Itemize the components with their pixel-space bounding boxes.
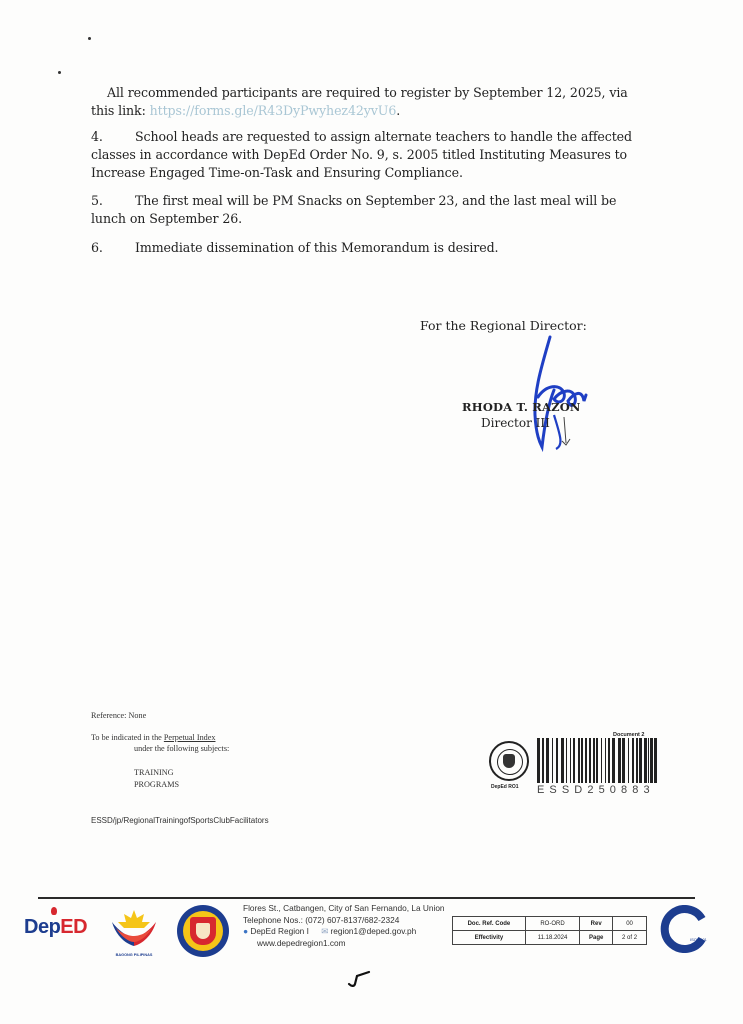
contact-info: Flores St., Catbangen, City of San Ferna…: [243, 903, 455, 949]
social-line: ● DepEd Region I ✉ region1@deped.gov.ph: [243, 926, 455, 938]
registration-paragraph: All recommended participants are require…: [91, 84, 636, 120]
iso-certification-badge: ISO 9001: [660, 905, 708, 953]
bagong-pilipinas-logo: BAGONG PILIPINAS: [108, 908, 160, 956]
rev-label: Rev: [580, 917, 613, 931]
deped-logo: DepED: [24, 916, 87, 939]
reference-line: Reference: None: [91, 711, 146, 720]
facebook-page[interactable]: DepEd Region I: [250, 926, 309, 936]
facebook-icon: ●: [243, 926, 248, 936]
svg-text:ISO 9001: ISO 9001: [690, 937, 708, 942]
file-code: ESSD/jp/RegionalTrainingofSportsClubFaci…: [91, 816, 269, 825]
bagong-pilipinas-caption: BAGONG PILIPINAS: [108, 953, 160, 957]
scan-speck: [58, 71, 61, 74]
paragraph-6: 6.Immediate dissemination of this Memora…: [91, 239, 636, 257]
signatory-title: Director III: [481, 416, 550, 430]
website[interactable]: www.depedregion1.com: [243, 938, 455, 950]
address: Flores St., Catbangen, City of San Ferna…: [243, 903, 455, 915]
signatory-name: RHODA T. RAZON: [462, 400, 581, 414]
barcode-bars: [537, 738, 657, 783]
telephone: Telephone Nos.: (072) 607-8137/682-2324: [243, 915, 455, 927]
paragraph-number: 6.: [91, 239, 135, 257]
barcode-code: ESSD250883: [537, 784, 655, 796]
deped-seal: [489, 741, 529, 781]
paragraph-number: 5.: [91, 192, 135, 210]
scan-speck: [88, 37, 91, 40]
signature-scribble: [520, 335, 595, 455]
paragraph-5: 5.The first meal will be PM Snacks on Se…: [91, 192, 636, 228]
effectivity-value: 11.18.2024: [525, 931, 579, 945]
page-label: Page: [580, 931, 613, 945]
paragraph-number: 4.: [91, 128, 135, 146]
doc-ref-table: Doc. Ref. Code RO-ORD Rev 00 Effectivity…: [452, 916, 647, 945]
paragraph-4: 4.School heads are requested to assign a…: [91, 128, 636, 182]
footer-divider: [38, 897, 695, 899]
subjects-intro: under the following subjects:: [134, 744, 229, 753]
email-address[interactable]: region1@deped.gov.ph: [330, 926, 416, 936]
perpetual-index-link: Perpetual Index: [164, 733, 216, 742]
perpetual-index-line: To be indicated in the Perpetual Index: [91, 733, 215, 742]
email-icon: ✉: [321, 926, 328, 936]
registration-link[interactable]: https://forms.gle/R43DyPwyhez42yvU6: [150, 103, 397, 118]
handwritten-page-mark: [345, 968, 375, 992]
page-value: 2 of 2: [613, 931, 647, 945]
subject-training: TRAINING: [134, 768, 174, 777]
for-regional-director: For the Regional Director:: [420, 318, 587, 333]
ref-code-value: RO-ORD: [525, 917, 579, 931]
subject-programs: PROGRAMS: [134, 780, 179, 789]
seal-caption: DepEd RO1: [491, 784, 519, 790]
ref-code-label: Doc. Ref. Code: [453, 917, 526, 931]
effectivity-label: Effectivity: [453, 931, 526, 945]
rev-value: 00: [613, 917, 647, 931]
region-seal-logo: [177, 905, 229, 957]
